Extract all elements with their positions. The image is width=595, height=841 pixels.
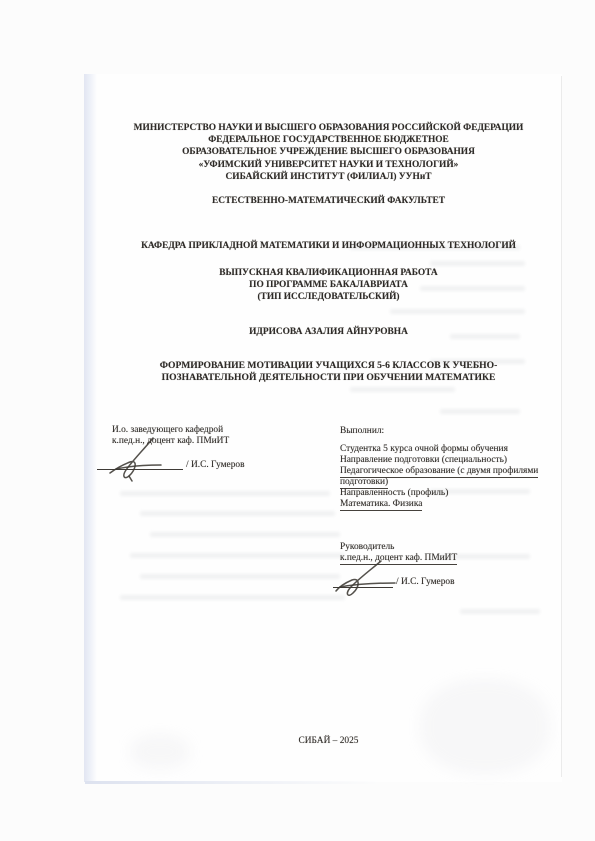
thesis-title: ФОРМИРОВАНИЕ МОТИВАЦИИ УЧАЩИХСЯ 5-6 КЛАС… xyxy=(103,360,554,384)
department-name: КАФЕДРА ПРИКЛАДНОЙ МАТЕМАТИКИ И ИНФОРМАЦ… xyxy=(103,240,554,252)
bleed-through-artifact xyxy=(440,409,520,414)
ministry-line: МИНИСТЕРСТВО НАУКИ И ВЫСШЕГО ОБРАЗОВАНИЯ… xyxy=(103,122,554,134)
profile-value: Математика. Физика xyxy=(340,499,422,511)
ministry-header-block: МИНИСТЕРСТВО НАУКИ И ВЫСШЕГО ОБРАЗОВАНИЯ… xyxy=(103,122,554,183)
performer-label: Выполнил: xyxy=(340,426,384,437)
handwritten-signature xyxy=(335,560,399,600)
bleed-through-artifact xyxy=(130,553,345,558)
city-year: СИБАЙ – 2025 xyxy=(103,735,554,747)
ministry-line: ФЕДЕРАЛЬНОЕ ГОСУДАРСТВЕННОЕ БЮДЖЕТНОЕ xyxy=(103,134,554,146)
work-type-line: ПО ПРОГРАММЕ БАКАЛАВРИАТА xyxy=(103,279,554,291)
work-type-block: ВЫПУСКНАЯ КВАЛИФИКАЦИОННАЯ РАБОТА ПО ПРО… xyxy=(103,267,554,304)
faculty-name: ЕСТЕСТВЕННО-МАТЕМАТИЧЕСКИЙ ФАКУЛЬТЕТ xyxy=(103,195,554,207)
ministry-line: «УФИМСКИЙ УНИВЕРСИТЕТ НАУКИ И ТЕХНОЛОГИЙ… xyxy=(103,159,554,171)
ministry-line: СИБАЙСКИЙ ИНСТИТУТ (ФИЛИАЛ) УУНиТ xyxy=(103,171,554,183)
bleed-through-artifact xyxy=(140,574,340,579)
scanned-page: МИНИСТЕРСТВО НАУКИ И ВЫСШЕГО ОБРАЗОВАНИЯ… xyxy=(85,74,562,782)
work-type-line: ВЫПУСКНАЯ КВАЛИФИКАЦИОННАЯ РАБОТА xyxy=(103,267,554,279)
bleed-through-artifact xyxy=(120,595,345,600)
supervisor-signature-name: / И.С. Гумеров xyxy=(396,577,455,588)
bleed-through-artifact xyxy=(390,309,525,314)
page-bottom-edge-shadow xyxy=(85,781,381,784)
bleed-through-artifact xyxy=(460,609,540,614)
thesis-title-line: ФОРМИРОВАНИЕ МОТИВАЦИИ УЧАЩИХСЯ 5-6 КЛАС… xyxy=(103,360,554,372)
page-right-edge xyxy=(561,76,562,777)
thesis-title-line: ПОЗНАВАТЕЛЬНОЙ ДЕЯТЕЛЬНОСТИ ПРИ ОБУЧЕНИИ… xyxy=(103,372,554,384)
performer-student: Студентка 5 курса очной формы обучения xyxy=(340,444,508,455)
supervisor-label: Руководитель xyxy=(340,542,394,553)
ministry-line: ОБРАЗОВАТЕЛЬНОЕ УЧРЕЖДЕНИЕ ВЫСШЕГО ОБРАЗ… xyxy=(103,146,554,158)
author-name: ИДРИСОВА АЗАЛИЯ АЙНУРОВНА xyxy=(103,326,554,338)
page-left-edge-shadow xyxy=(84,74,97,782)
approver-signature-name: / И.С. Гумеров xyxy=(186,460,245,471)
bleed-through-artifact xyxy=(350,387,455,392)
bleed-through-artifact xyxy=(150,532,340,537)
direction-label: Направление подготовки (специальность) xyxy=(340,455,507,466)
work-type-line: (ТИП ИССЛЕДОВАТЕЛЬСКИЙ) xyxy=(103,291,554,303)
profile-label: Направленность (профиль) xyxy=(340,488,448,499)
bleed-through-artifact xyxy=(430,261,525,266)
bleed-through-artifact xyxy=(140,511,335,516)
handwritten-signature xyxy=(109,436,167,482)
approver-position: И.о. заведующего кафедрой xyxy=(112,425,223,436)
scanned-title-page: { "colors": { "ink": "#2e2b28", "page_ed… xyxy=(0,0,595,841)
scan-smudge xyxy=(420,679,550,774)
bleed-through-artifact xyxy=(120,491,330,496)
